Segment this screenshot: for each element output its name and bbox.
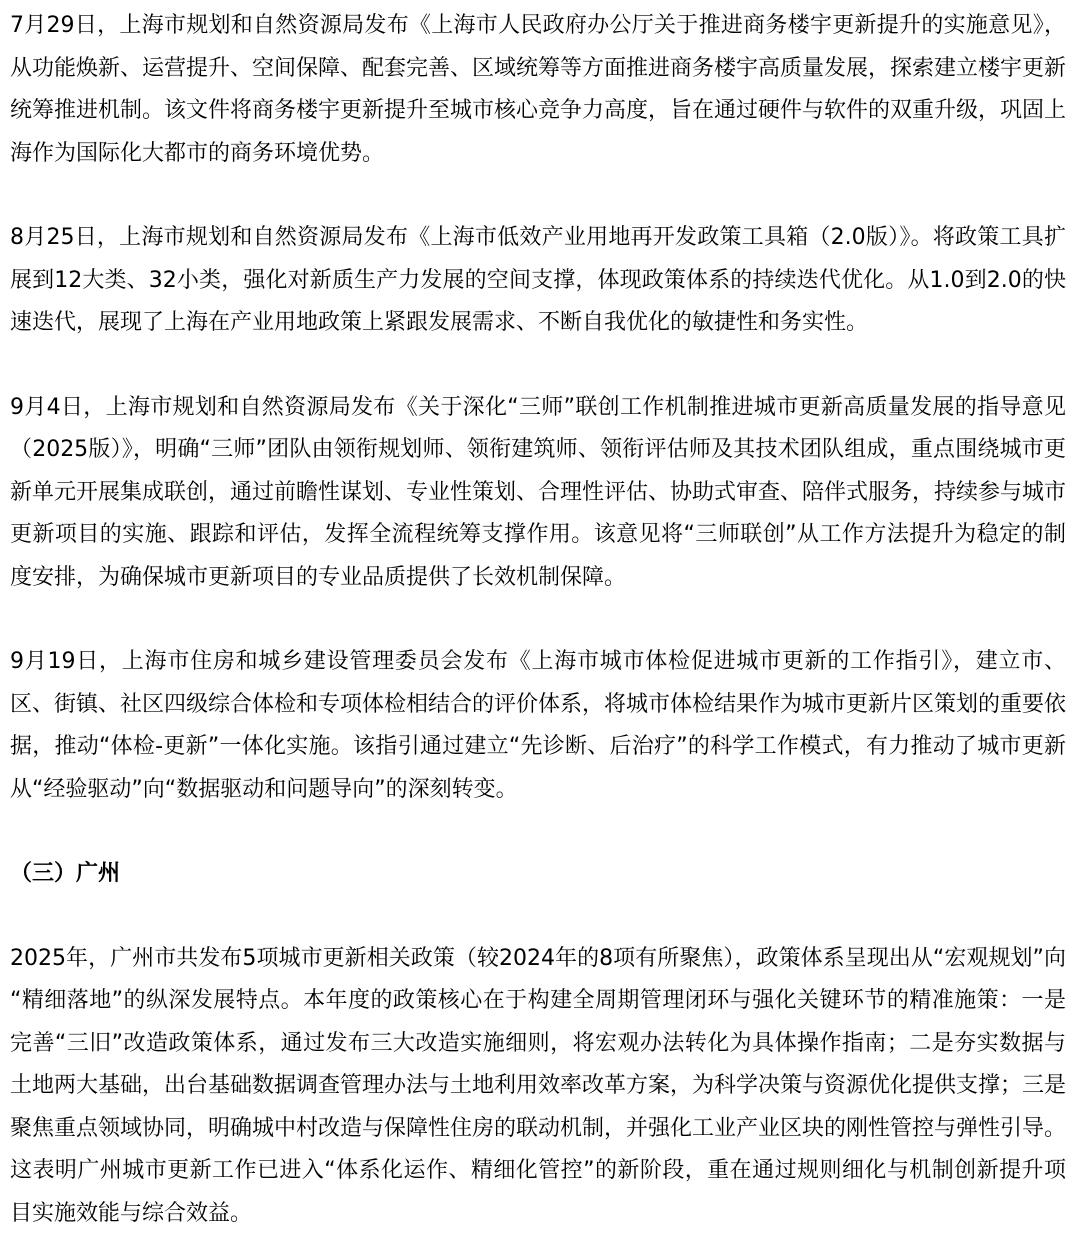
paragraph-guangzhou-2025: 2025年，广州市共发布5项城市更新相关政策（较2024年的8项有所聚焦），政策… xyxy=(10,938,1066,1236)
paragraph-shanghai-aug25: 8月25日，上海市规划和自然资源局发布《上海市低效产业用地再开发政策工具箱（2.… xyxy=(10,217,1066,345)
paragraph-shanghai-sep4: 9月4日，上海市规划和自然资源局发布《关于深化“三师”联创工作机制推进城市更新高… xyxy=(10,387,1066,600)
paragraph-shanghai-sep19: 9月19日，上海市住房和城乡建设管理委员会发布《上海市城市体检促进城市更新的工作… xyxy=(10,641,1066,811)
section-heading-guangzhou: （三）广州 xyxy=(10,853,1066,896)
document-page: 7月29日，上海市规划和自然资源局发布《上海市人民政府办公厅关于推进商务楼宇更新… xyxy=(0,0,1080,1249)
paragraph-shanghai-jul29: 7月29日，上海市规划和自然资源局发布《上海市人民政府办公厅关于推进商务楼宇更新… xyxy=(10,5,1066,175)
